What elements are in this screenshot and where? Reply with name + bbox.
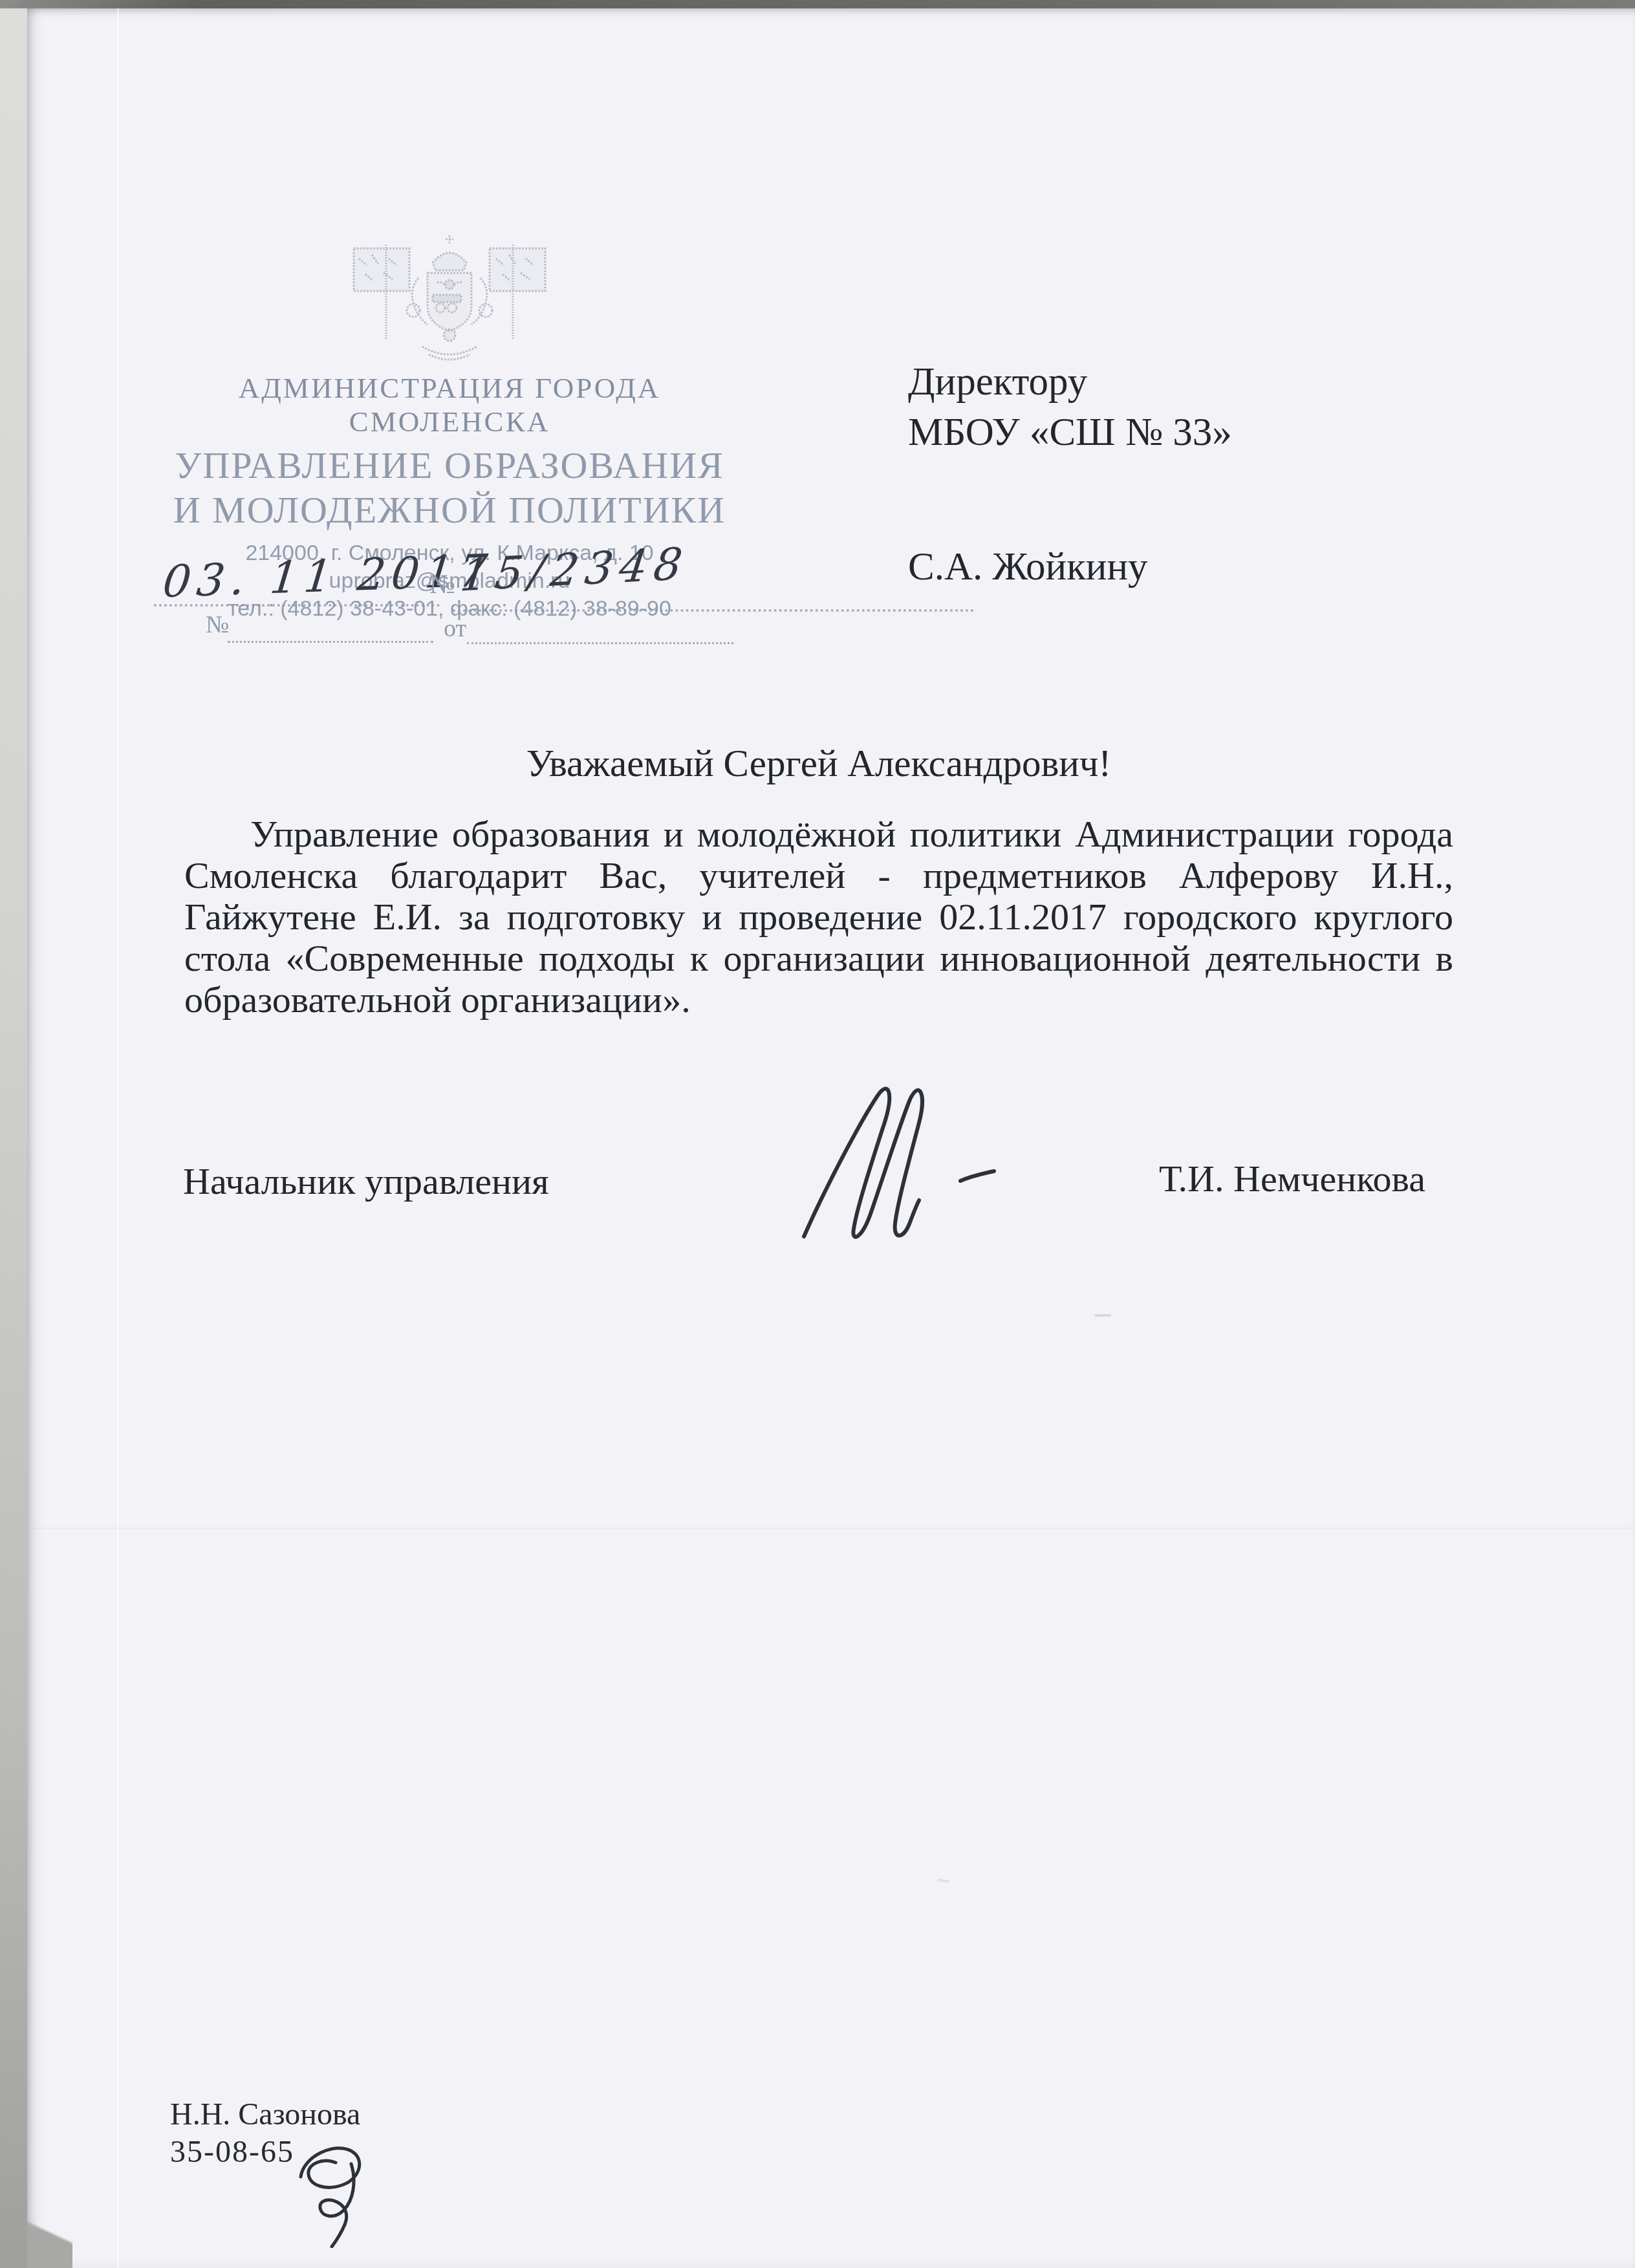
recipient-block: Директору МБОУ «СШ № 33» С.А. Жойкину [908, 357, 1232, 592]
incoming-number-blank [228, 641, 433, 643]
coat-of-arms-icon [147, 233, 752, 370]
scanner-edge-top [0, 0, 1635, 8]
paper-fold-vertical [117, 8, 119, 2268]
paper-fold-horizontal [27, 1528, 1635, 1529]
recipient-organization: МБОУ «СШ № 33» [908, 407, 1232, 458]
paraph-mark-icon [289, 2138, 380, 2251]
letter-body: Управление образования и молодёжной поли… [184, 814, 1453, 1021]
scan-speck [1094, 1314, 1111, 1317]
executor-name: Н.Н. Сазонова [170, 2097, 360, 2132]
org-name-line2: УПРАВЛЕНИЕ ОБРАЗОВАНИЯ [147, 444, 752, 487]
paper-corner-shadow [27, 2197, 72, 2268]
salutation: Уважаемый Сергей Александрович! [184, 741, 1453, 786]
executor-phone: 35-08-65 [170, 2134, 294, 2170]
scanned-letter-page: АДМИНИСТРАЦИЯ ГОРОДА СМОЛЕНСКА УПРАВЛЕНИ… [0, 0, 1635, 2268]
outgoing-number-label: № [429, 569, 455, 600]
recipient-name: С.А. Жойкину [908, 542, 1232, 592]
incoming-number-label: № [206, 610, 229, 639]
org-name-line1: АДМИНИСТРАЦИЯ ГОРОДА СМОЛЕНСКА [147, 371, 752, 438]
number-underline [453, 609, 974, 612]
org-name-line3: И МОЛОДЕЖНОЙ ПОЛИТИКИ [147, 488, 752, 532]
incoming-from-label: от [444, 614, 466, 643]
date-underline [154, 604, 440, 607]
incoming-date-blank [467, 642, 733, 644]
signer-name: Т.И. Немченкова [1159, 1157, 1425, 1200]
signature-scribble-icon [766, 1079, 1025, 1244]
scanner-edge-left [0, 8, 27, 2268]
signer-position-title: Начальник управления [183, 1160, 549, 1203]
recipient-title: Директору [908, 357, 1232, 407]
